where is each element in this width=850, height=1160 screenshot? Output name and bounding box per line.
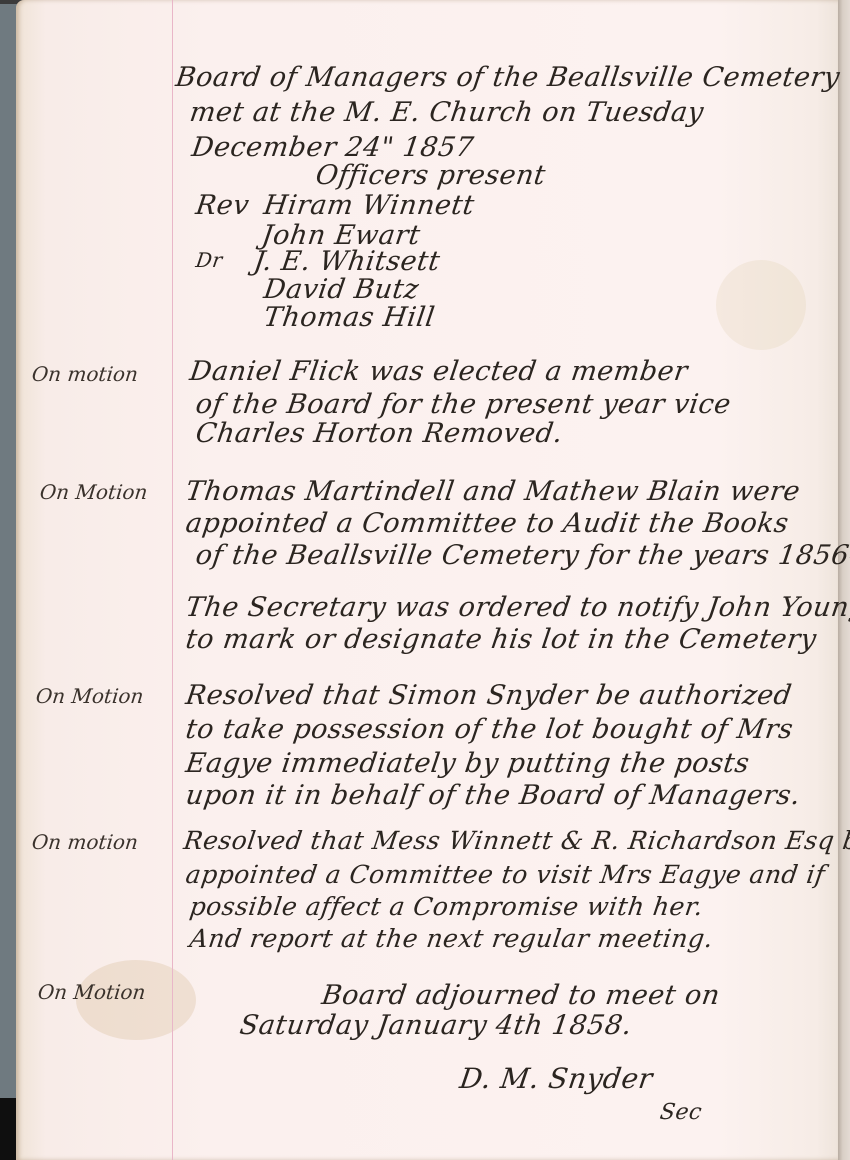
paper-stain <box>716 260 806 350</box>
margin-note: On Motion <box>39 480 149 504</box>
entry-line: Resolved that Simon Snyder be authorized <box>184 680 794 711</box>
officer-name: Hiram Winnett <box>262 190 477 221</box>
entry-line: to mark or designate his lot in the Ceme… <box>184 624 819 655</box>
entry-line: upon it in behalf of the Board of Manage… <box>184 780 803 811</box>
margin-rule <box>172 0 173 1160</box>
margin-note: On Motion <box>37 980 147 1004</box>
officer-name: Thomas Hill <box>262 302 437 333</box>
entry-line: of the Board for the present year vice <box>194 389 733 420</box>
entry-line: Eagye immediately by putting the posts <box>184 748 752 779</box>
signature-name: D. M. Snyder <box>458 1062 655 1095</box>
officer-title: Rev <box>194 190 251 221</box>
entry-line: Resolved that Mess Winnett & R. Richards… <box>182 826 850 855</box>
margin-note: On motion <box>31 830 140 854</box>
margin-note: On Motion <box>35 684 145 708</box>
entry-line: Charles Horton Removed. <box>194 418 565 449</box>
entry-line: Thomas Martindell and Mathew Blain were <box>184 476 802 507</box>
officer-name: J. E. Whitsett <box>252 246 442 277</box>
entry-line: Daniel Flick was elected a member <box>188 356 690 387</box>
officer-name: David Butz <box>262 274 421 305</box>
entry-line: appointed a Committee to visit Mrs Eagye… <box>184 860 827 889</box>
entry-line: of the Beallsville Cemetery for the year… <box>194 540 850 571</box>
header-line-3: December 24" 1857 <box>190 132 476 163</box>
entry-line: Board adjourned to meet on <box>320 980 722 1011</box>
officer-title: Dr <box>194 248 224 272</box>
header-line-1: Board of Managers of the Beallsville Cem… <box>174 62 842 93</box>
entry-line: appointed a Committee to Audit the Books <box>184 508 791 539</box>
entry-line: The Secretary was ordered to notify John… <box>184 592 850 623</box>
margin-note: On motion <box>31 362 140 386</box>
entry-line: Saturday January 4th 1858. <box>238 1010 634 1041</box>
book-gutter <box>838 0 850 1160</box>
signature-title: Sec <box>658 1100 703 1125</box>
entry-line: to take possession of the lot bought of … <box>184 714 795 745</box>
officers-heading: Officers present <box>314 160 548 191</box>
entry-line: And report at the next regular meeting. <box>188 924 715 953</box>
entry-line: possible affect a Compromise with her. <box>188 892 705 921</box>
header-line-2: met at the M. E. Church on Tuesday <box>188 97 706 128</box>
